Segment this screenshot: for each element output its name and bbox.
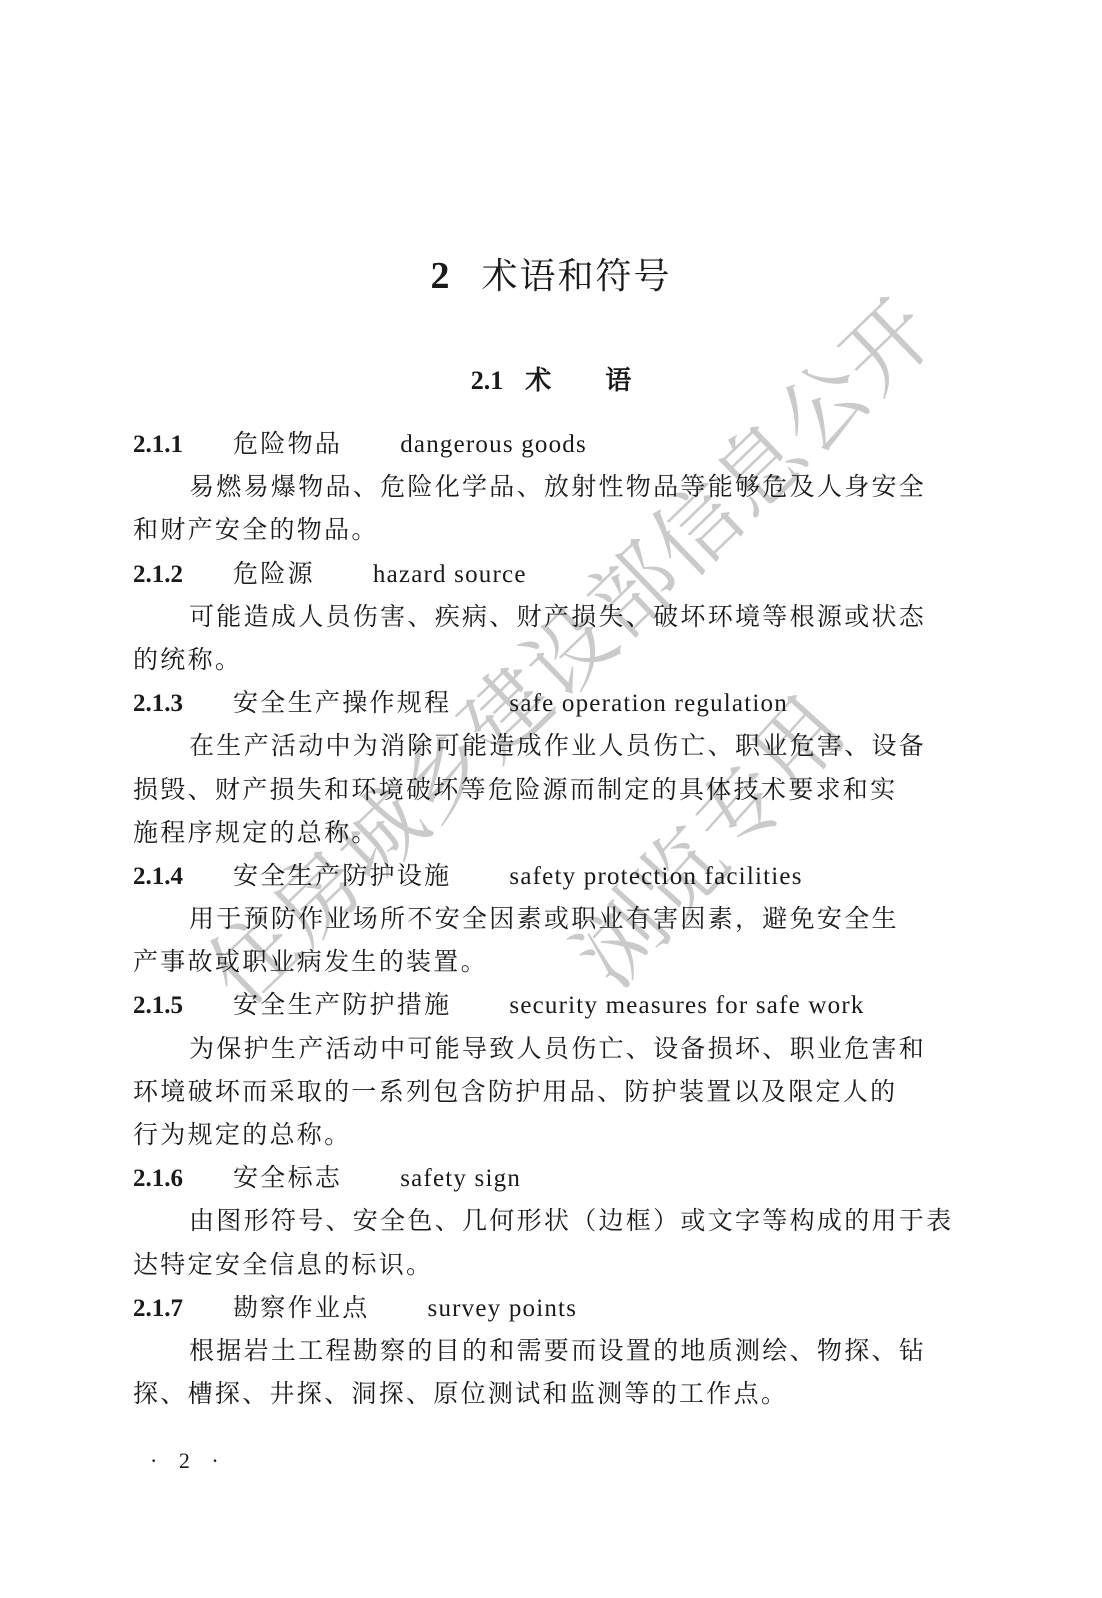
term-number: 2.1.3 bbox=[133, 682, 233, 725]
term-heading: 2.1.7勘察作业点survey points bbox=[133, 1286, 933, 1329]
term-definition-line: 易燃易爆物品、危险化学品、放射性物品等能够危及人身安全 bbox=[133, 465, 933, 508]
chapter-title-text: 术语和符号 bbox=[481, 256, 671, 297]
page-number: · 2 · bbox=[150, 1448, 227, 1474]
term-english: safe operation regulation bbox=[509, 690, 788, 717]
term-heading: 2.1.4安全生产防护设施safety protection facilitie… bbox=[133, 854, 933, 897]
term-definition-line: 产事故或职业病发生的装置。 bbox=[133, 940, 933, 983]
terms-list: 2.1.1危险物品dangerous goods易燃易爆物品、危险化学品、放射性… bbox=[133, 422, 933, 1415]
term-heading: 2.1.3安全生产操作规程safe operation regulation bbox=[133, 681, 933, 724]
term-english: safety sign bbox=[400, 1165, 521, 1192]
term-definition-line: 施程序规定的总称。 bbox=[133, 811, 933, 854]
term-chinese: 安全生产防护措施 bbox=[233, 983, 451, 1026]
term-heading: 2.1.2危险源hazard source bbox=[133, 552, 933, 595]
term-number: 2.1.6 bbox=[133, 1157, 233, 1200]
term-number: 2.1.5 bbox=[133, 984, 233, 1027]
term-definition-line: 和财产安全的物品。 bbox=[133, 508, 933, 551]
term-english: safety protection facilities bbox=[509, 863, 802, 890]
section-title-part2: 语 bbox=[605, 366, 631, 396]
term-heading: 2.1.1危险物品dangerous goods bbox=[133, 422, 933, 465]
term-english: security measures for safe work bbox=[509, 992, 864, 1019]
term-english: dangerous goods bbox=[400, 431, 587, 458]
term-heading: 2.1.6安全标志safety sign bbox=[133, 1156, 933, 1199]
term-number: 2.1.1 bbox=[133, 423, 233, 466]
term-definition-line: 损毁、财产损失和环境破坏等危险源而制定的具体技术要求和实 bbox=[133, 768, 933, 811]
term-definition-line: 的统称。 bbox=[133, 638, 933, 681]
document-page: 住房城乡建设部信息公开 浏览专用 2术语和符号 2.1术语 2.1.1危险物品d… bbox=[0, 0, 1102, 1598]
term-definition-line: 用于预防作业场所不安全因素或职业有害因素，避免安全生 bbox=[133, 897, 933, 940]
chapter-number: 2 bbox=[430, 255, 451, 297]
term-heading: 2.1.5安全生产防护措施security measures for safe … bbox=[133, 983, 933, 1026]
term-number: 2.1.7 bbox=[133, 1287, 233, 1330]
term-english: survey points bbox=[428, 1295, 578, 1322]
chapter-title: 2术语和符号 bbox=[0, 248, 1102, 299]
term-definition-line: 达特定安全信息的标识。 bbox=[133, 1243, 933, 1286]
term-chinese: 安全标志 bbox=[233, 1156, 342, 1199]
text-layer: 2术语和符号 2.1术语 2.1.1危险物品dangerous goods易燃易… bbox=[0, 0, 1102, 1598]
term-definition-line: 为保护生产活动中可能导致人员伤亡、设备损坏、职业危害和 bbox=[133, 1027, 933, 1070]
term-chinese: 安全生产操作规程 bbox=[233, 681, 451, 724]
term-definition-line: 由图形符号、安全色、几何形状（边框）或文字等构成的用于表 bbox=[133, 1199, 933, 1242]
term-definition-line: 可能造成人员伤害、疾病、财产损失、破坏环境等根源或状态 bbox=[133, 595, 933, 638]
term-number: 2.1.2 bbox=[133, 553, 233, 596]
section-title: 2.1术语 bbox=[0, 360, 1102, 397]
term-definition-line: 根据岩土工程勘察的目的和需要而设置的地质测绘、物探、钻 bbox=[133, 1329, 933, 1372]
term-chinese: 安全生产防护设施 bbox=[233, 854, 451, 897]
section-title-part1: 术 bbox=[525, 366, 551, 396]
term-definition-line: 探、槽探、井探、洞探、原位测试和监测等的工作点。 bbox=[133, 1372, 933, 1415]
term-number: 2.1.4 bbox=[133, 855, 233, 898]
term-chinese: 危险源 bbox=[233, 552, 315, 595]
term-chinese: 危险物品 bbox=[233, 422, 342, 465]
term-definition-line: 在生产活动中为消除可能造成作业人员伤亡、职业危害、设备 bbox=[133, 724, 933, 767]
section-number: 2.1 bbox=[471, 366, 504, 395]
term-english: hazard source bbox=[373, 561, 527, 588]
term-chinese: 勘察作业点 bbox=[233, 1286, 370, 1329]
term-definition-line: 环境破坏而采取的一系列包含防护用品、防护装置以及限定人的 bbox=[133, 1070, 933, 1113]
term-definition-line: 行为规定的总称。 bbox=[133, 1113, 933, 1156]
